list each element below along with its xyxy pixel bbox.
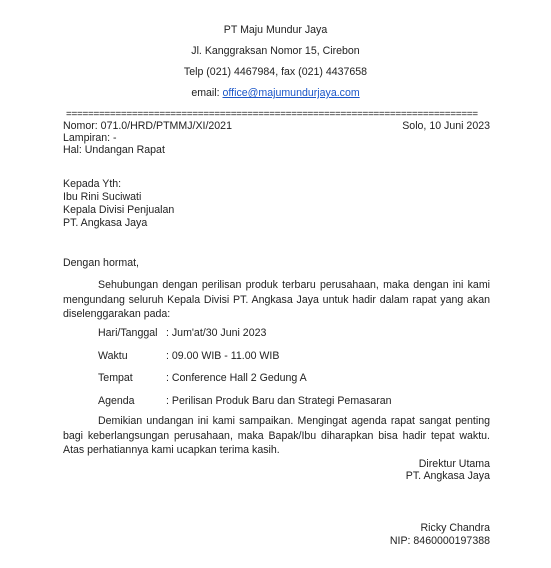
detail-value: : Conference Hall 2 Gedung A (166, 372, 307, 385)
company-phone: Telp (021) 4467984, fax (021) 4437658 (0, 66, 551, 79)
recipient-position: Kepala Divisi Penjualan (63, 204, 174, 217)
email-link[interactable]: office@majumundurjaya.com (223, 87, 360, 99)
salutation: Dengan hormat, (63, 257, 139, 270)
recipient-greeting: Kepada Yth: (63, 178, 121, 191)
email-label: email: (191, 87, 222, 99)
closing-paragraph: Demikian undangan ini kami sampaikan. Me… (63, 414, 490, 458)
signer-nip: NIP: 8460000197388 (390, 535, 490, 548)
detail-label: Hari/Tanggal (98, 327, 157, 340)
detail-label: Tempat (98, 372, 133, 385)
company-email-line: email: office@majumundurjaya.com (0, 87, 551, 100)
place-date: Solo, 10 Juni 2023 (402, 120, 490, 133)
signer-name: Ricky Chandra (421, 522, 490, 535)
closing-text: Demikian undangan ini kami sampaikan. Me… (63, 415, 490, 456)
signer-company: PT. Angkasa Jaya (406, 470, 490, 483)
detail-value: : Perilisan Produk Baru dan Strategi Pem… (166, 395, 392, 408)
intro-text: Sehubungan dengan perilisan produk terba… (63, 279, 490, 320)
recipient-company: PT. Angkasa Jaya (63, 217, 147, 230)
detail-value: : 09.00 WIB - 11.00 WIB (166, 350, 279, 363)
recipient-name: Ibu Rini Suciwati (63, 191, 141, 204)
company-address: Jl. Kanggraksan Nomor 15, Cirebon (0, 45, 551, 58)
intro-paragraph: Sehubungan dengan perilisan produk terba… (63, 278, 490, 322)
header-separator: ========================================… (66, 110, 487, 120)
detail-label: Waktu (98, 350, 128, 363)
subject: Hal: Undangan Rapat (63, 144, 165, 157)
detail-value: : Jum'at/30 Juni 2023 (166, 327, 266, 340)
company-name: PT Maju Mundur Jaya (0, 24, 551, 37)
detail-label: Agenda (98, 395, 135, 408)
